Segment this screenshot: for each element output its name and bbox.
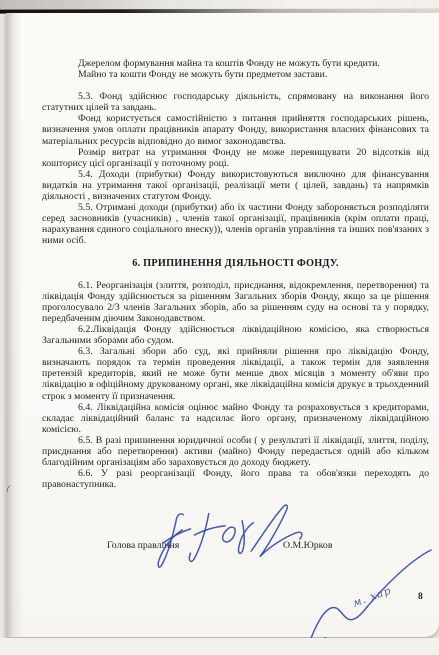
preamble-line: Джерелом формування майна та коштів Фонд… [42, 58, 429, 69]
paragraph-6-3: 6.3. Загальні збори або суд, які прийнял… [42, 346, 429, 401]
paragraph-expense-limit: Розмір витрат на утримання Фонду не може… [42, 147, 429, 169]
paragraph-fund-independence: Фонд користується самостійністю з питанн… [42, 113, 429, 146]
paragraph-6-5: 6.5. В разі припинення юридичної особи (… [42, 435, 429, 468]
scanned-document-page: Джерелом формування майна та коштів Фонд… [0, 0, 439, 655]
paper-sheet: Джерелом формування майна та коштів Фонд… [6, 13, 439, 637]
page-number: 8 [418, 592, 423, 602]
signature-ink-icon [153, 500, 315, 582]
paragraph-5-4: 5.4. Доходи (прибутки) Фонду використову… [42, 169, 429, 202]
paragraph-6-2: 6.2.Ліквідація Фонду здійснюється ліквід… [42, 324, 429, 346]
scan-artifact [5, 484, 14, 495]
paragraph-6-1: 6.1. Реорганізація (злиття, розподіл, пр… [42, 280, 429, 324]
scanner-background-bottom [0, 638, 439, 655]
paragraph-5-5: 5.5. Отримані доходи (прибутки) або їх ч… [42, 202, 429, 246]
paragraph-6-4: 6.4. Ліквідаційна комісія оцінює майно Ф… [42, 402, 429, 435]
paragraph-6-6: 6.6. У разі реорганізації Фонду, його пр… [42, 468, 429, 490]
paragraph-5-3: 5.3. Фонд здійснює господарську діяльніс… [42, 91, 429, 113]
preamble-line: Майно та кошти Фонду не можуть бути пред… [42, 69, 429, 80]
section-6-heading: 6. ПРИПИНЕННЯ ДІЯЛЬНОСТІ ФОНДУ. [42, 258, 429, 269]
document-content: Джерелом формування майна та коштів Фонд… [42, 58, 429, 490]
